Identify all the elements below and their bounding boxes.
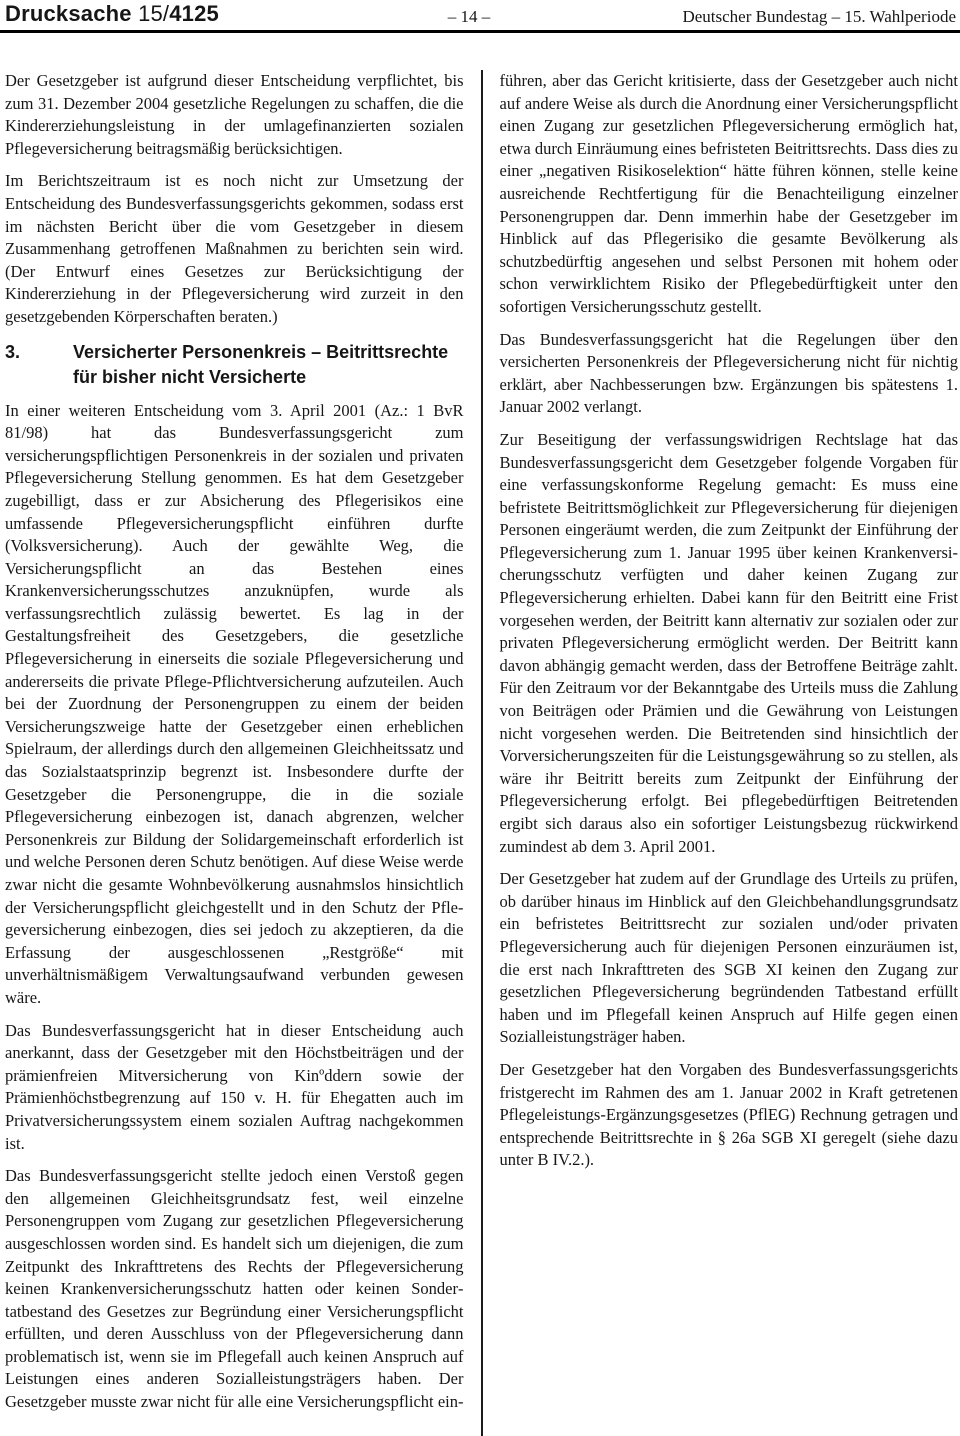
paragraph: Das Bundesverfassungsgericht hat die Reg… <box>500 329 959 419</box>
page-header: Drucksache 15/4125 – 14 – Deutscher Bund… <box>0 0 960 30</box>
section-heading: 3. Versicherter Personenkreis – Beitritt… <box>5 340 464 390</box>
paragraph: Der Gesetzgeber hat den Vorgaben des Bun… <box>500 1059 959 1172</box>
paragraph: Im Berichtszeitraum ist es noch nicht zu… <box>5 170 464 328</box>
header-rule <box>0 30 960 33</box>
paragraph: Zur Beseitigung der verfassungswidrigen … <box>500 429 959 858</box>
paragraph: Das Bundesverfassungsgericht hat in dies… <box>5 1020 464 1156</box>
document-body: Der Gesetzgeber ist aufgrund dieser Ents… <box>5 70 958 1436</box>
document-page: Drucksache 15/4125 – 14 – Deutscher Bund… <box>0 0 960 1436</box>
section-title: Versicherter Personenkreis – Beitritts­r… <box>73 340 464 390</box>
paragraph: Der Gesetzgeber ist aufgrund dieser Ents… <box>5 70 464 160</box>
paragraph: In einer weiteren Entscheidung vom 3. Ap… <box>5 400 464 1010</box>
publication-title: Deutscher Bundestag – 15. Wahlperiode <box>682 5 956 29</box>
paragraph: Der Gesetzgeber hat zudem auf der Grundl… <box>500 868 959 1049</box>
section-number: 3. <box>5 340 73 390</box>
